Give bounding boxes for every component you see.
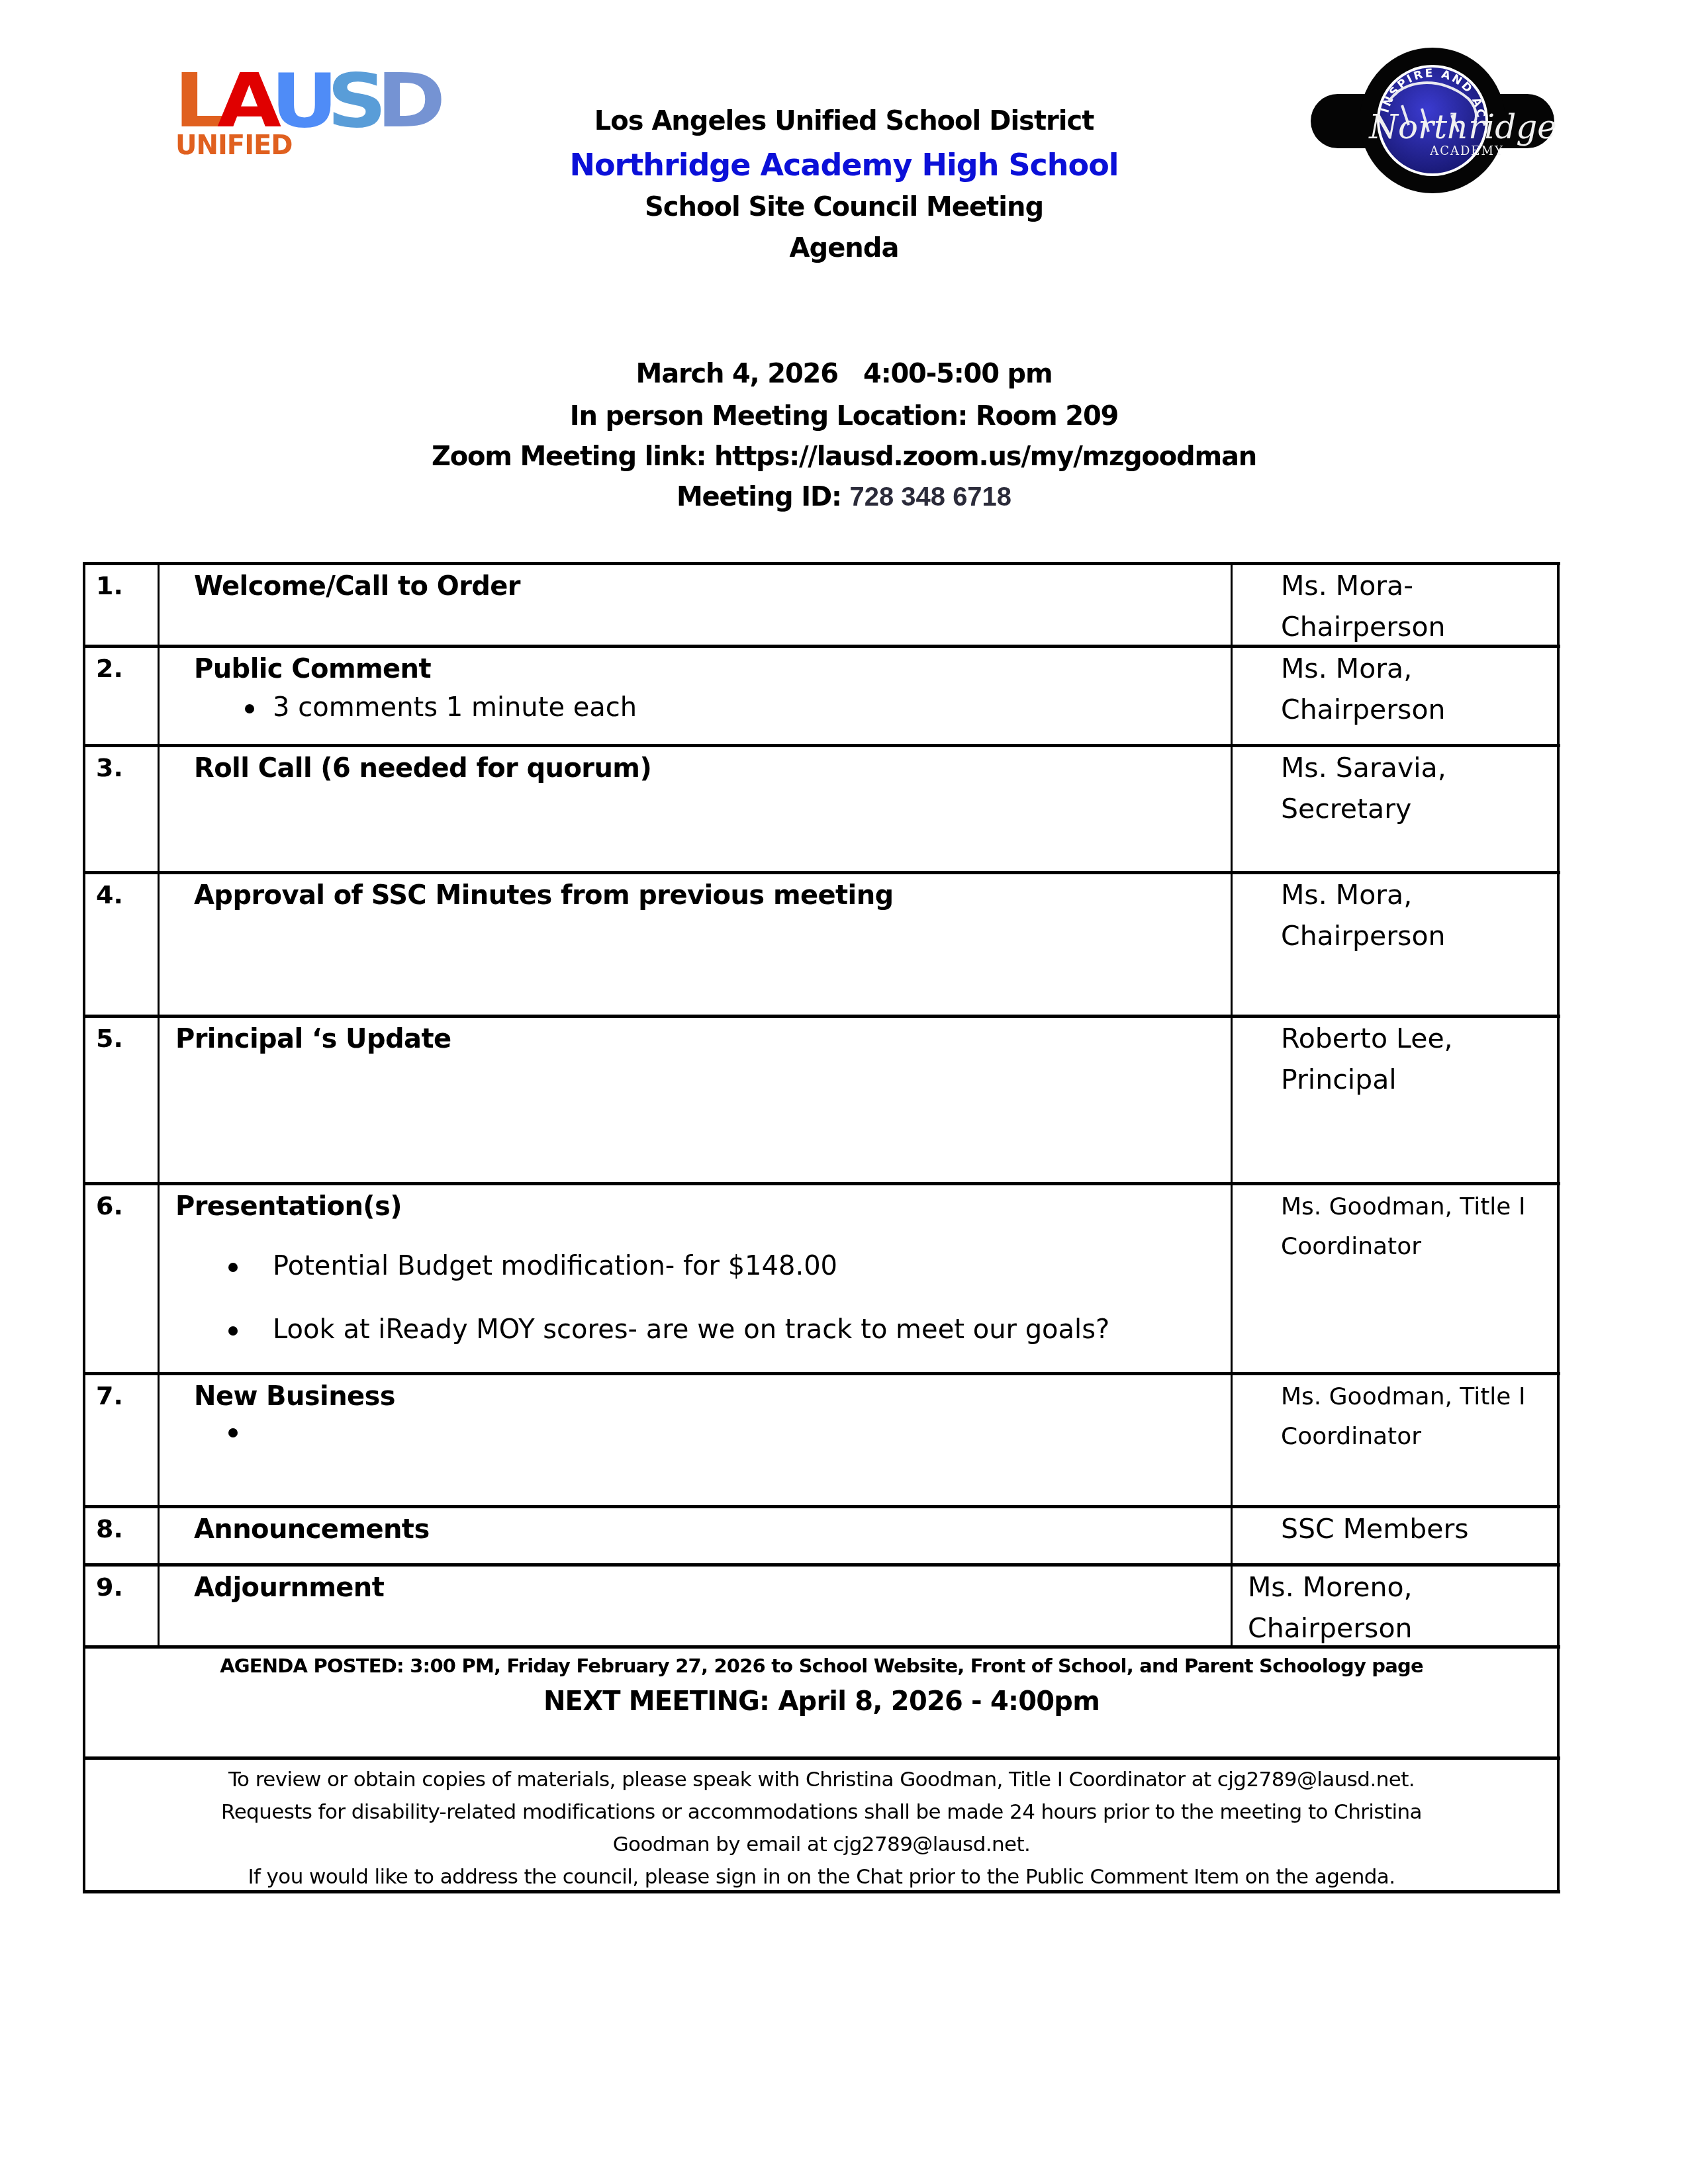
meeting-type: School Site Council Meeting [0, 192, 1688, 222]
table-row-border [83, 1372, 1560, 1375]
agenda-item-title: New Business [194, 1381, 395, 1412]
agenda-item-presenter: Ms. Moreno, Chairperson [1248, 1567, 1413, 1649]
agenda-item-number: 7. [96, 1381, 123, 1410]
agenda-item-presenter: Ms. Mora, Chairperson [1281, 648, 1446, 730]
box-border [83, 1890, 1560, 1893]
agenda-item-number: 1. [96, 571, 123, 600]
agenda-item-presenter: Ms. Saravia, Secretary [1281, 747, 1446, 829]
meeting-id-value: 728 348 6718 [849, 482, 1011, 512]
agenda-item-number: 4. [96, 880, 123, 909]
footer-public-comment-line: If you would like to address the council… [83, 1865, 1560, 1889]
agenda-item-title: Presentation(s) [175, 1191, 402, 1222]
meeting-id: Meeting ID: 728 348 6718 [0, 482, 1688, 512]
agenda-item-presenter: Ms. Mora, Chairperson [1281, 874, 1446, 956]
table-row-border [83, 1182, 1560, 1185]
meeting-date-time: March 4, 2026 4:00-5:00 pm [0, 359, 1688, 389]
footer-materials-line: To review or obtain copies of materials,… [83, 1768, 1560, 1792]
district-name: Los Angeles Unified School District [0, 106, 1688, 136]
document-title: Agenda [0, 233, 1688, 263]
agenda-item-title: Public Comment [194, 654, 431, 684]
zoom-meeting-link[interactable]: Zoom Meeting link: https://lausd.zoom.us… [0, 441, 1688, 472]
presenter-column-divider [1231, 563, 1233, 1648]
meeting-location: In person Meeting Location: Room 209 [0, 401, 1688, 432]
agenda-item-title: Announcements [194, 1514, 430, 1545]
agenda-item-number: 2. [96, 654, 123, 683]
agenda-item-number: 6. [96, 1191, 123, 1220]
agenda-item-title: Principal ‘s Update [175, 1024, 451, 1054]
bullet-icon [228, 1263, 238, 1272]
agenda-item-bullet: 3 comments 1 minute each [273, 692, 637, 723]
agenda-item-presenter: Ms. Mora- Chairperson [1281, 565, 1446, 647]
agenda-item-number: 3. [96, 753, 123, 782]
agenda-item-number: 5. [96, 1024, 123, 1053]
number-column-divider [158, 563, 160, 1648]
box-border [83, 1756, 1560, 1760]
agenda-posted-notice: AGENDA POSTED: 3:00 PM, Friday February … [83, 1655, 1560, 1677]
meeting-id-label: Meeting ID: [677, 482, 850, 512]
agenda-item-bullet: Potential Budget modification- for $148.… [273, 1251, 837, 1281]
agenda-item-title: Roll Call (6 needed for quorum) [194, 753, 651, 784]
footer-accommodations-line-2: Goodman by email at cjg2789@lausd.net. [83, 1833, 1560, 1856]
agenda-item-bullet: Look at iReady MOY scores- are we on tra… [273, 1314, 1109, 1345]
agenda-item-number: 8. [96, 1514, 123, 1543]
agenda-item-presenter: Roberto Lee, Principal [1281, 1018, 1453, 1100]
next-meeting: NEXT MEETING: April 8, 2026 - 4:00pm [83, 1686, 1560, 1717]
footer-accommodations-line: Requests for disability-related modifica… [83, 1800, 1560, 1824]
bullet-icon [228, 1428, 238, 1437]
bullet-icon [228, 1326, 238, 1336]
agenda-item-title: Welcome/Call to Order [194, 571, 520, 602]
agenda-item-title: Adjournment [194, 1572, 384, 1603]
agenda-item-presenter: Ms. Goodman, Title I Coordinator [1281, 1187, 1526, 1267]
agenda-item-presenter: SSC Members [1281, 1508, 1469, 1549]
bullet-icon [245, 704, 254, 713]
school-name: Northridge Academy High School [0, 147, 1688, 183]
agenda-item-number: 9. [96, 1572, 123, 1602]
agenda-item-title: Approval of SSC Minutes from previous me… [194, 880, 894, 911]
agenda-item-presenter: Ms. Goodman, Title I Coordinator [1281, 1377, 1526, 1457]
